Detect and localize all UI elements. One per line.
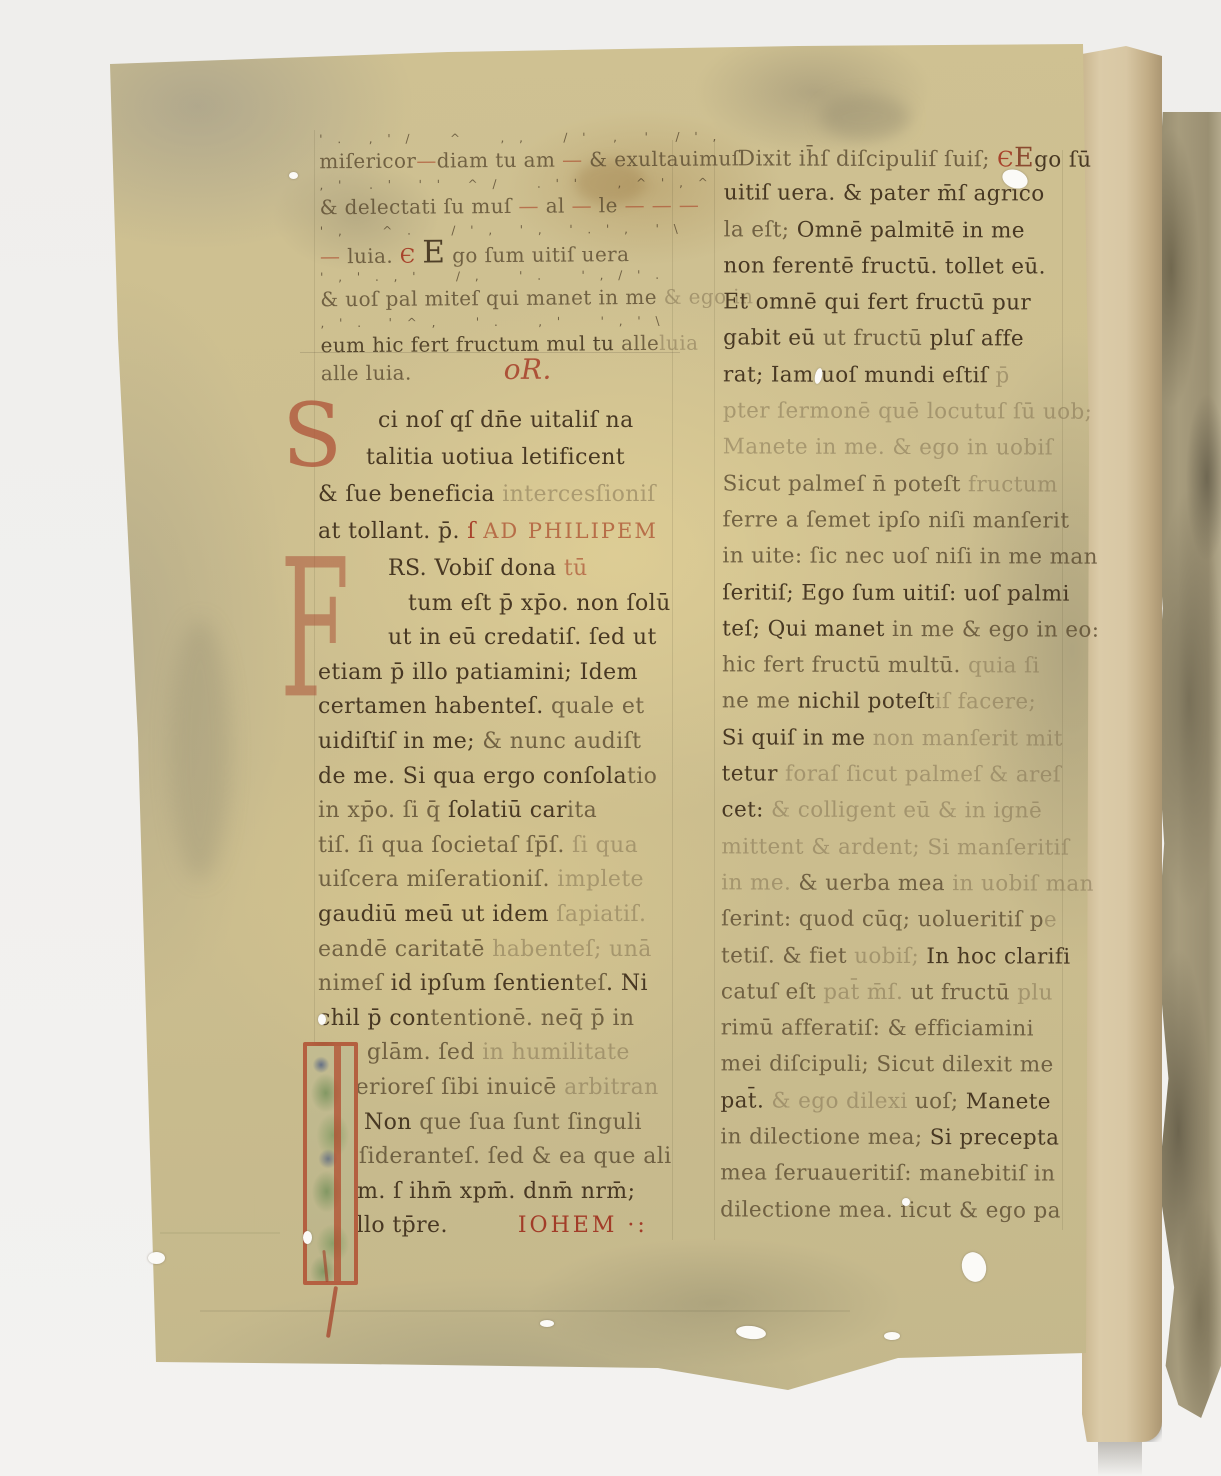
text-line: & delectati ſu muſ — al — le — — — <box>320 193 680 222</box>
text-segment: ſeritiſ; Ego ſum uitiſ: uoſ palmi <box>722 580 1070 606</box>
text-segment: ſi qua <box>572 833 638 858</box>
text-segment: IOHEM ·: <box>518 1213 648 1238</box>
text-line: etiam p̄ illo patiamini; Idem <box>318 656 678 691</box>
text-segment: ſolatiū car <box>448 798 567 823</box>
text-segment: & colligent eū & in ignē <box>771 798 1042 824</box>
text-line: uiſcera miſerationiſ. implete <box>318 863 678 898</box>
text-line: ne me nichil poteſtiſ facere; <box>722 684 1078 722</box>
text-line: Si quiſ in me non manſerit mit <box>722 720 1078 758</box>
text-segment: & uoſ pal miteſ qui manet in me <box>320 285 664 311</box>
text-line: talitia uotiua letificent <box>366 439 678 476</box>
text-segment: arbitran <box>564 1075 659 1100</box>
chant-block: ' . , ' / ^ , , / ' , ' / ' ,miſericor—d… <box>319 127 681 386</box>
text-line: chil p̄ contentionē. neq̄ p̄ in <box>318 1002 678 1037</box>
text-line: gabit eū ut fructū pluſ affe <box>723 321 1079 359</box>
text-segment: ferre a ſemet ipſo <box>723 507 929 533</box>
text-line: rimū afferatiſ: & efficiamini <box>721 1011 1077 1049</box>
text-line: & uoſ pal miteſ qui manet in me & ego in <box>320 285 680 314</box>
text-segment: de me. Si qua ergo conſola <box>318 764 627 789</box>
text-line: in xp̄o. ſi q̄ ſolatiū carita <box>318 794 678 829</box>
text-line: miſericor—diam tu am — & exultauimuſ <box>319 147 679 176</box>
text-segment: plu <box>1017 980 1053 1005</box>
text-segment: niſi manſerit <box>928 508 1069 533</box>
text-segment <box>412 379 504 380</box>
text-segment: poteſt <box>868 689 935 714</box>
text-segment: quia ſi <box>968 653 1040 678</box>
text-line: ſerint: quod cūq; uolueritiſ pe <box>721 902 1077 940</box>
text-line: teſ. Non que ſua ſunt ſinguli <box>318 1106 678 1141</box>
text-line: at tollant. p̄. ſ AD PHILIPEM <box>318 513 678 550</box>
neume-row: , ' . ' ' ' ^ / . ' ' , ^ ' , ^ <box>319 173 679 196</box>
text-line: tiſ. ſi qua ſocietaſ ſp̄ſ. ſi qua <box>318 829 678 864</box>
parchment-hole <box>303 1231 312 1244</box>
text-line: conſideranteſ. ſed & ea que ali <box>318 1140 678 1175</box>
epistle-block: RS. Vobiſ dona tūtum eſt p̄ xp̄o. non ſo… <box>318 552 678 1244</box>
text-segment: le <box>599 193 625 217</box>
text-segment: te <box>621 867 644 892</box>
text-segment: & uerba mea <box>798 871 952 897</box>
text-line: anē glām. ſed in humilitate <box>318 1036 678 1071</box>
text-segment: fructum <box>968 472 1058 497</box>
text-segment: tiſ. ſi qua ſocietaſ ſp̄ſ. <box>318 833 572 858</box>
text-segment: pat̄ m̄ſ. <box>823 980 910 1005</box>
text-segment: in uite: ſic nec uoſ niſi in me man <box>722 544 1097 570</box>
crease-line <box>160 1232 280 1234</box>
text-segment: certamen habenteſ. <box>318 694 551 719</box>
text-line: ferre a ſemet ipſo niſi manſerit <box>723 502 1079 540</box>
text-line: non ferentē fructū. tollet eū. <box>723 248 1079 286</box>
text-segment: uobiſ; <box>854 943 926 968</box>
text-line: tetur foraſ ſicut palmeſ & areſ <box>722 756 1078 794</box>
text-segment: ita <box>567 798 597 823</box>
text-line: ut in eū credatiſ. ſed ut <box>388 621 678 656</box>
stub-shadow <box>1098 1440 1142 1476</box>
text-segment: nichil <box>798 689 868 714</box>
text-segment: p̄ <box>996 363 1010 388</box>
text-segment: miſericor <box>319 149 416 174</box>
text-segment: alle <box>621 331 659 355</box>
text-line: cet: & colligent eū & in ignē <box>721 793 1077 831</box>
text-segment: diam tu am <box>437 148 563 173</box>
text-segment: tū <box>564 556 588 581</box>
text-line: catuſ eſt pat̄ m̄ſ. ut fructū plu <box>721 974 1077 1012</box>
text-segment: — <box>416 148 437 172</box>
text-segment: ne me <box>722 689 798 714</box>
text-segment: foraſ ſicut palmeſ & areſ <box>785 762 1061 788</box>
text-segment: ut fructū <box>910 980 1017 1005</box>
text-segment: id ipſum ſentien <box>391 971 575 996</box>
text-segment: & nunc audiſt <box>482 729 641 754</box>
text-line: orum. ſ ihm̄ xpm̄. dnm̄ nrm̄; <box>318 1175 678 1210</box>
text-segment: & exultauimuſ <box>582 146 739 171</box>
text-segment: Si quiſ in me <box>722 725 873 751</box>
text-segment: teſ <box>575 971 606 996</box>
text-segment: — — — <box>624 193 699 218</box>
text-segment: in me. <box>721 870 798 895</box>
paper-binding-stub <box>1082 46 1162 1442</box>
text-segment: eandē caritatē <box>318 937 492 962</box>
decorated-initial-bar <box>303 1042 358 1285</box>
text-line: & ſue beneficia intercesſioniſ <box>318 476 678 513</box>
text-segment: Si precepta <box>930 1125 1060 1150</box>
text-segment: conſideranteſ. ſed & ea que ali <box>318 1144 672 1169</box>
text-segment: In hoc clarifi <box>926 944 1070 970</box>
text-segment: etiam p̄ illo patiamini; Idem <box>318 660 638 685</box>
text-segment: in humilitate <box>482 1040 630 1065</box>
text-segment: Et omnē qui fert fructū pur <box>723 290 1031 316</box>
text-segment: uidiſtiſ in me; <box>318 729 482 754</box>
text-segment: — <box>518 194 545 218</box>
text-segment: pter ſermonē quē locutuſ ſū uob; <box>723 398 1092 424</box>
text-line: — luia. Є E go ſum uitiſ uera <box>320 239 680 268</box>
text-line: eandē caritatē habenteſ; unā <box>318 933 678 968</box>
text-line: Dixit ih̄ſ diſcipuliſ ſuiſ; ЄEgo ſū <box>738 139 1080 176</box>
text-segment: gaudiū meū ut idem <box>318 902 556 927</box>
text-line: la eſt; Omnē palmitē in me <box>724 212 1080 250</box>
text-segment: luia. <box>347 244 400 268</box>
text-line: mei diſcipuli; Sicut dilexit me <box>721 1047 1077 1085</box>
text-segment: alle luia. <box>321 361 412 386</box>
text-segment: orum. ſ ihm̄ xpm̄. dnm̄ nrm̄; <box>318 1179 635 1204</box>
collect-block: ci noſ qſ dn̄e uitaliſ natalitia uotiua … <box>318 402 678 550</box>
text-line: nimeſ id ipſum ſentienteſ. Ni <box>318 967 678 1002</box>
text-segment: go ſū <box>1034 147 1091 172</box>
text-line: rat; Iam uoſ mundi eſtiſ p̄ <box>723 357 1079 395</box>
text-segment: Sicut palmeſ n̄ poteſt <box>723 471 968 497</box>
text-segment: AD PHILIPEM <box>483 519 658 543</box>
text-segment: tio <box>627 764 657 789</box>
text-segment: Omnē palmitē in me <box>797 217 1025 243</box>
text-line: ſeritiſ; Ego ſum uitiſ: uoſ palmi <box>722 575 1078 613</box>
text-segment: ſ <box>467 519 483 544</box>
parchment-hole <box>902 1198 910 1206</box>
text-segment: rimū afferatiſ: & efficiamini <box>721 1016 1034 1042</box>
text-segment: oR. <box>504 353 552 386</box>
bar-red-rib <box>334 1046 341 1281</box>
text-segment: ſerint: quod cūq; uolueritiſ p <box>721 907 1044 933</box>
text-segment: E <box>1014 142 1034 173</box>
text-segment: — <box>571 193 598 217</box>
text-line: RS. Vobiſ dona tū <box>388 552 678 587</box>
text-segment: chil p̄ con <box>318 1006 430 1031</box>
text-segment: Є <box>400 244 423 268</box>
text-segment: teſ; Qui manet <box>722 616 892 642</box>
text-segment: tum eſt p̄ xp̄o. non ſolū <box>408 591 671 616</box>
text-segment: tentionē. neq̄ p̄ in <box>430 1006 634 1031</box>
text-line: in dilectione mea; Si precepta <box>720 1119 1076 1157</box>
text-segment: gabit eū <box>723 326 823 351</box>
text-segment: catuſ eſt <box>721 979 823 1004</box>
text-line: de me. Si qua ergo conſolatio <box>318 760 678 795</box>
parchment-hole <box>148 1252 165 1264</box>
text-segment: al <box>546 193 572 217</box>
text-segment: — <box>562 147 583 171</box>
text-segment: la eſt; <box>724 217 797 242</box>
text-line: pter ſermonē quē locutuſ ſū uob; <box>723 393 1079 431</box>
text-segment: e <box>1044 908 1057 933</box>
text-segment: nimeſ <box>318 971 391 996</box>
text-line: in uite: ſic nec uoſ niſi in me man <box>722 539 1078 577</box>
text-segment: mittent & ardent; Si manſeritiſ <box>721 834 1069 860</box>
text-line: tum eſt p̄ xp̄o. non ſolū <box>408 587 678 622</box>
text-segment: go ſum uitiſ uera <box>445 242 629 267</box>
text-segment: & delectati ſu muſ <box>320 194 519 219</box>
text-line: teſ; Qui manet in me & ego in eo: <box>722 611 1078 649</box>
text-line: tetiſ. & fiet uobiſ; In hoc clarifi <box>721 938 1077 976</box>
text-line: Et omnē qui fert fructū pur <box>723 285 1079 323</box>
text-segment: intercesſioniſ <box>502 482 656 507</box>
text-segment: . Ni <box>606 971 648 996</box>
text-segment: cet: <box>722 798 772 823</box>
text-line: uidiſtiſ in me; & nunc audiſt <box>318 725 678 760</box>
text-line: pat̄. & ego dilexi uoſ; Manete <box>720 1083 1076 1121</box>
text-segment: hic fert fructū multū. <box>722 653 968 679</box>
text-segment: luia <box>659 331 698 355</box>
stain <box>820 95 910 140</box>
text-segment: tetiſ. & fiet <box>721 943 854 968</box>
text-segment: quale et <box>551 694 644 719</box>
text-segment: — <box>320 244 347 268</box>
text-segment: uoſ; <box>915 1089 966 1114</box>
text-segment: in me & ego in eo: <box>892 617 1100 643</box>
text-segment: Dixit ih̄ſ diſcipuliſ ſuiſ; <box>738 146 997 172</box>
text-segment: RS. Vobiſ dona <box>388 556 564 581</box>
text-segment: pat̄. <box>721 1088 772 1113</box>
text-segment: uiſcera miſerationiſ. <box>318 867 557 892</box>
text-segment: dilectione mea. ſicut & ego pa <box>720 1197 1061 1223</box>
parchment-hole <box>318 1014 326 1025</box>
text-segment: Manete in me. & ego in uobiſ <box>723 435 1053 461</box>
text-segment: & ſue beneficia <box>318 482 502 507</box>
manuscript-scan: ' . , ' / ^ , , / ' , ' / ' ,miſericor—d… <box>0 0 1221 1476</box>
text-segment: imple <box>557 867 621 892</box>
text-segment: rat; Iam uoſ mundi eſtiſ <box>723 362 996 388</box>
text-segment: uitiſ uera. & pater m̄ſ agrico <box>724 181 1045 207</box>
text-segment: ut fructū <box>823 326 930 351</box>
neume-row: ' . , ' / ^ , , / ' , ' / ' , <box>319 127 679 150</box>
stain <box>170 620 230 880</box>
text-line: alle luia.oR. <box>321 357 681 386</box>
text-segment: mei diſcipuli; Sicut dilexit me <box>721 1052 1054 1078</box>
text-line: in me. & uerba mea in uobiſ man <box>721 865 1077 903</box>
text-line: Manete in me. & ego in uobiſ <box>723 430 1079 468</box>
text-segment: non manſerit mit <box>873 726 1063 752</box>
text-segment: ſapiatiſ. <box>556 902 646 927</box>
text-line: eum hic fert fructum mul tu alleluia <box>321 331 681 360</box>
text-segment: que ſua ſunt ſinguli <box>419 1110 642 1135</box>
parchment-hole <box>540 1320 554 1327</box>
text-segment: in dilectione mea; <box>720 1124 929 1150</box>
parchment-hole <box>884 1332 900 1340</box>
text-segment: in xp̄o. ſi q̄ <box>318 798 448 823</box>
text-segment: pluſ affe <box>930 327 1024 352</box>
text-line: certamen habenteſ. quale et <box>318 690 678 725</box>
gospel-column: Dixit ih̄ſ diſcipuliſ ſuiſ; ЄEgo ſūuitiſ… <box>720 139 1080 1229</box>
neume-row: ' , ^ . / ' , ' , ' . ' , ' \ <box>320 219 680 242</box>
neume-row: , ' . ' ^ , ' . , ' ' , ' \ <box>320 311 680 334</box>
text-line: mittent & ardent; Si manſeritiſ <box>721 829 1077 867</box>
text-line: gaudiū meū ut idem ſapiatiſ. <box>318 898 678 933</box>
text-segment: habenteſ; unā <box>492 937 652 962</box>
text-segment: & ego dilexi <box>771 1088 915 1114</box>
text-line: ſuperioreſ ſibi inuicē arbitran <box>318 1071 678 1106</box>
text-segment: eum hic fert fructum mul tu <box>321 331 622 357</box>
parchment-hole <box>289 172 298 179</box>
text-line: dilectione mea. ſicut & ego pa <box>720 1192 1076 1230</box>
text-segment: ci noſ qſ dn̄e uitaliſ na <box>378 408 634 433</box>
crease-line <box>200 1310 850 1312</box>
text-segment: non ferentē fructū. tollet eū. <box>723 253 1046 279</box>
text-segment: iſ facere; <box>935 690 1037 715</box>
text-line: In illo tp̄re.IOHEM ·: <box>318 1209 678 1244</box>
text-segment: in uobiſ man <box>952 871 1094 896</box>
text-segment: talitia uotiua letificent <box>366 445 625 470</box>
text-line: mea ſeruaueritiſ: manebitiſ in <box>720 1156 1076 1194</box>
text-segment: ut in eū credatiſ. ſed ut <box>388 625 657 650</box>
text-line: ci noſ qſ dn̄e uitaliſ na <box>378 402 678 439</box>
neume-row: ' , ' . , ' / , ' . ' , / ' . <box>320 265 680 288</box>
text-segment: tetur <box>722 761 785 786</box>
text-segment: mea ſeruaueritiſ: manebitiſ in <box>720 1161 1055 1187</box>
text-segment: Manete <box>966 1089 1051 1114</box>
text-line: hic fert fructū multū. quia ſi <box>722 648 1078 686</box>
text-line: Sicut palmeſ n̄ poteſt fructum <box>723 466 1079 504</box>
